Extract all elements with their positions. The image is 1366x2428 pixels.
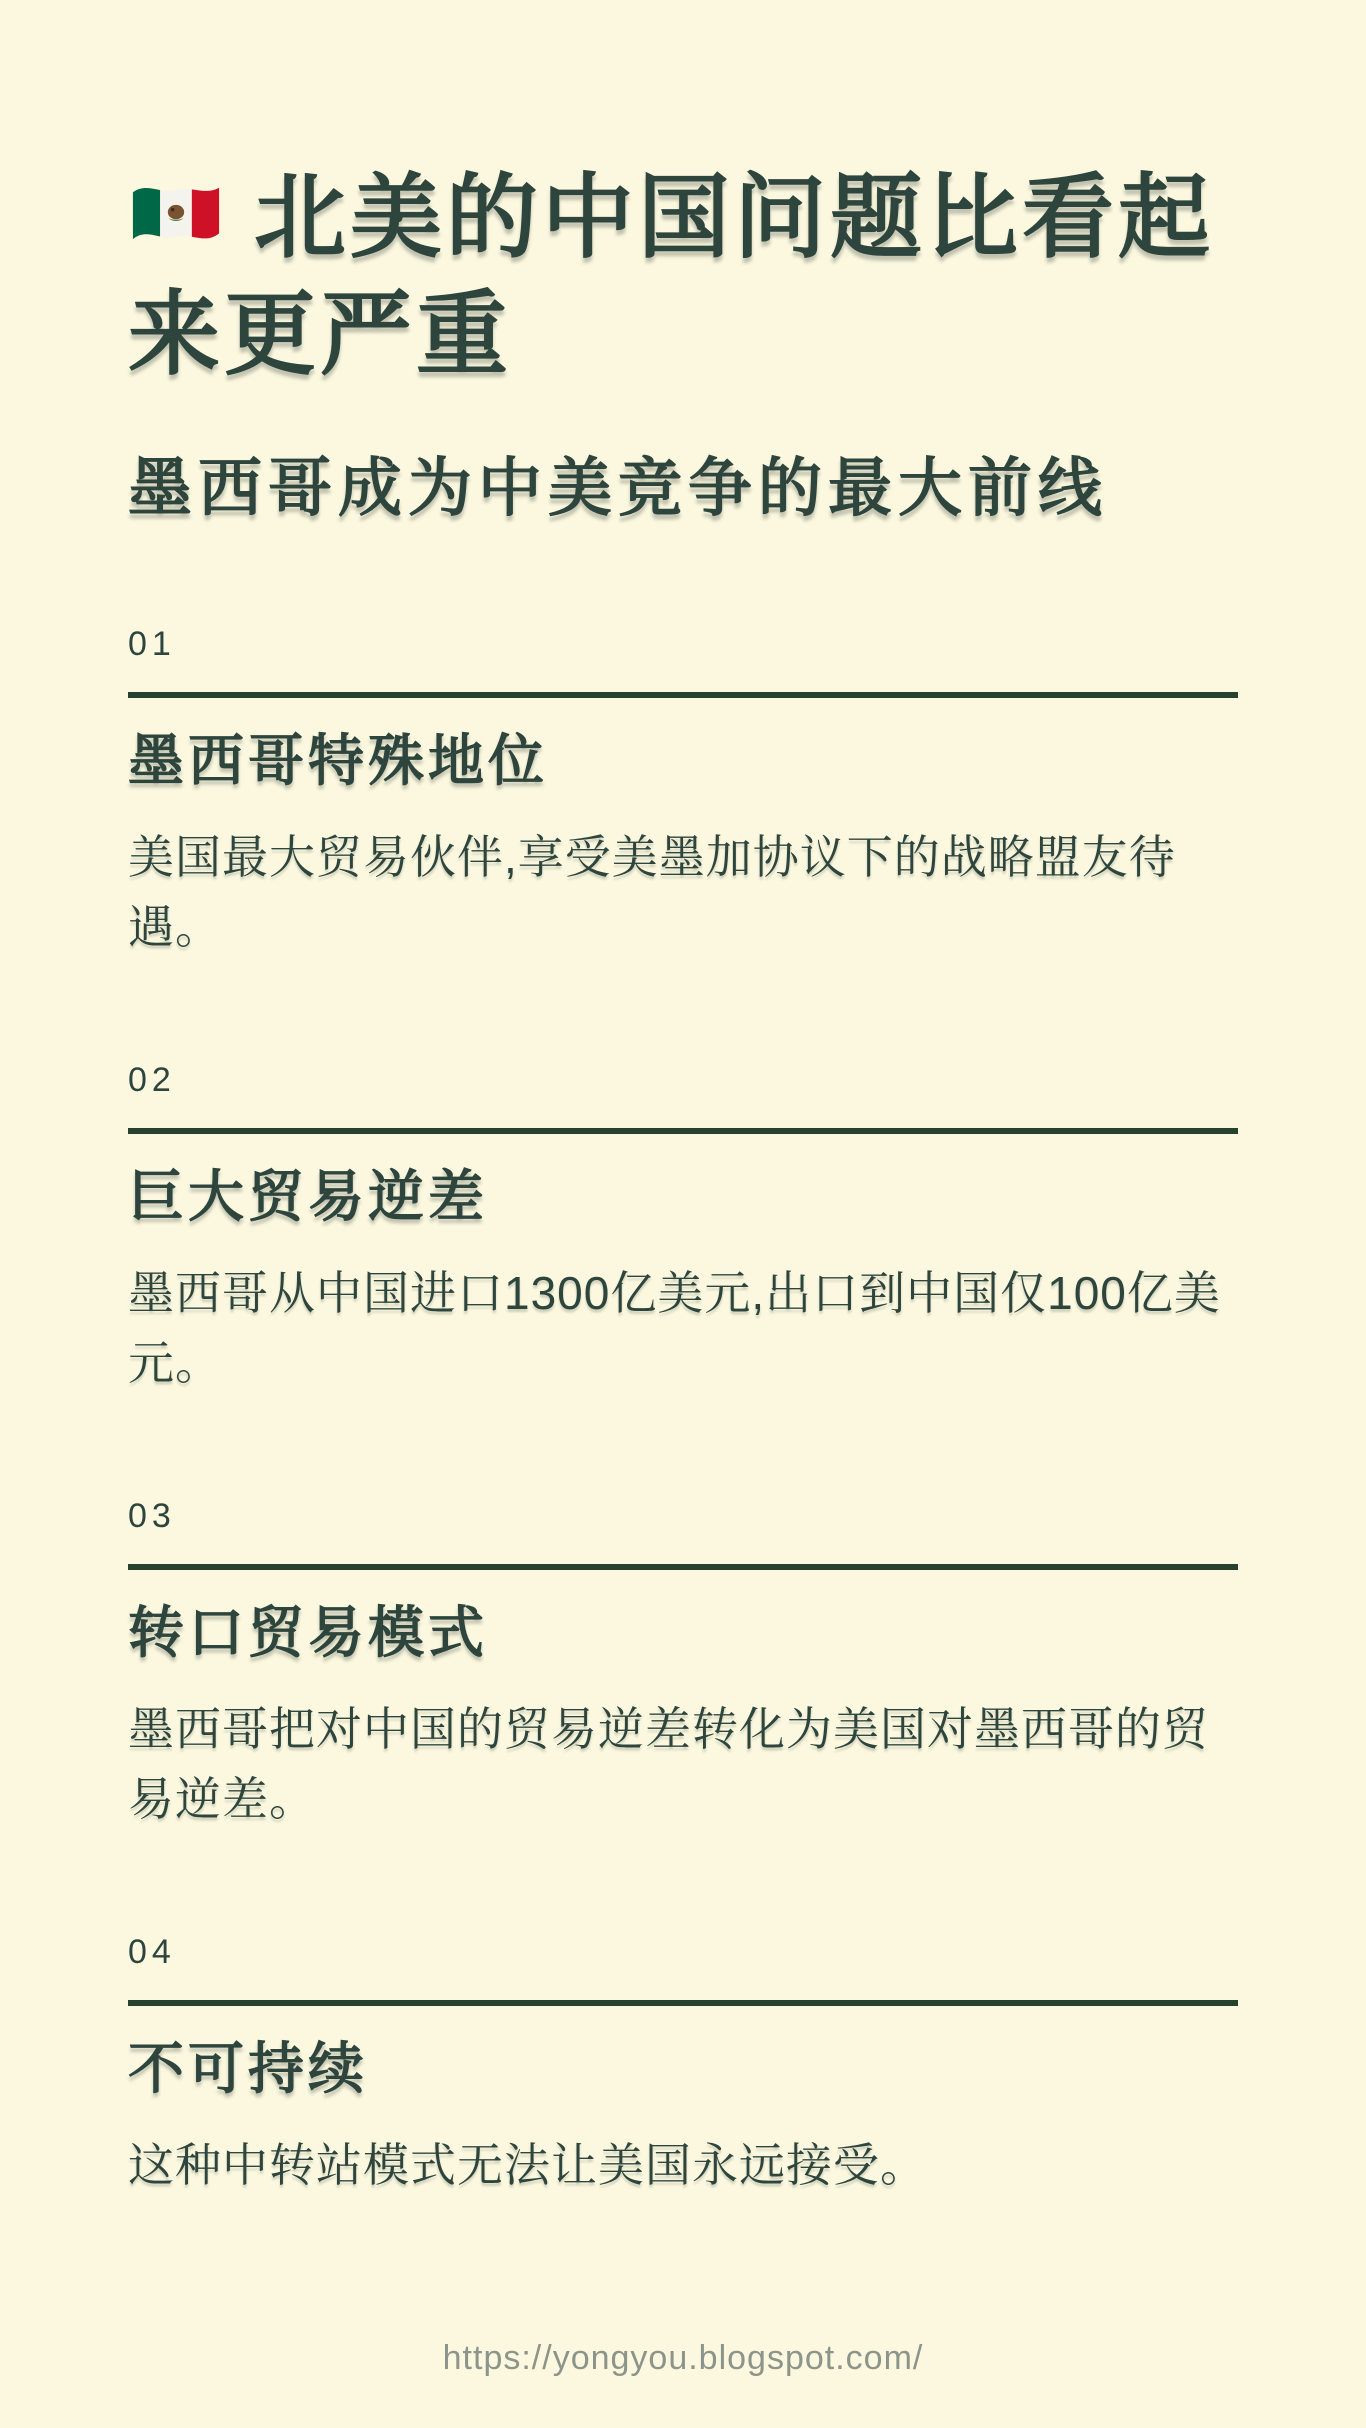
section-divider <box>128 1128 1238 1134</box>
title-line1: 北美的中国问题比看起 <box>254 167 1214 269</box>
section-heading: 转口贸易模式 <box>128 1600 1238 1666</box>
section-divider <box>128 692 1238 698</box>
section-body: 墨西哥从中国进口1300亿美元,出口到中国仅100亿美元。 <box>128 1258 1238 1398</box>
section-divider <box>128 2000 1238 2006</box>
section-02: 02 巨大贸易逆差 墨西哥从中国进口1300亿美元,出口到中国仅100亿美元。 <box>128 1058 1238 1398</box>
section-body: 这种中转站模式无法让美国永远接受。 <box>128 2130 1238 2200</box>
page-title: 北美的中国问题比看起来更严重 <box>128 0 1238 394</box>
infographic-card: 北美的中国问题比看起来更严重 墨西哥成为中美竞争的最大前线 01 墨西哥特殊地位… <box>0 0 1366 2428</box>
section-heading: 墨西哥特殊地位 <box>128 728 1238 794</box>
section-heading: 不可持续 <box>128 2036 1238 2102</box>
section-number: 04 <box>128 1930 1238 1974</box>
footer-url: https://yongyou.blogspot.com/ <box>128 2336 1238 2380</box>
section-body: 美国最大贸易伙伴,享受美墨加协议下的战略盟友待遇。 <box>128 822 1238 962</box>
section-body: 墨西哥把对中国的贸易逆差转化为美国对墨西哥的贸易逆差。 <box>128 1694 1238 1834</box>
section-01: 01 墨西哥特殊地位 美国最大贸易伙伴,享受美墨加协议下的战略盟友待遇。 <box>128 622 1238 962</box>
section-number: 01 <box>128 622 1238 666</box>
section-04: 04 不可持续 这种中转站模式无法让美国永远接受。 <box>128 1930 1238 2200</box>
title-line2: 来更严重 <box>128 284 512 386</box>
page-subtitle: 墨西哥成为中美竞争的最大前线 <box>128 450 1238 526</box>
section-divider <box>128 1564 1238 1570</box>
section-number: 02 <box>128 1058 1238 1102</box>
section-03: 03 转口贸易模式 墨西哥把对中国的贸易逆差转化为美国对墨西哥的贸易逆差。 <box>128 1494 1238 1834</box>
section-heading: 巨大贸易逆差 <box>128 1164 1238 1230</box>
mexico-flag-icon <box>128 169 224 259</box>
section-number: 03 <box>128 1494 1238 1538</box>
